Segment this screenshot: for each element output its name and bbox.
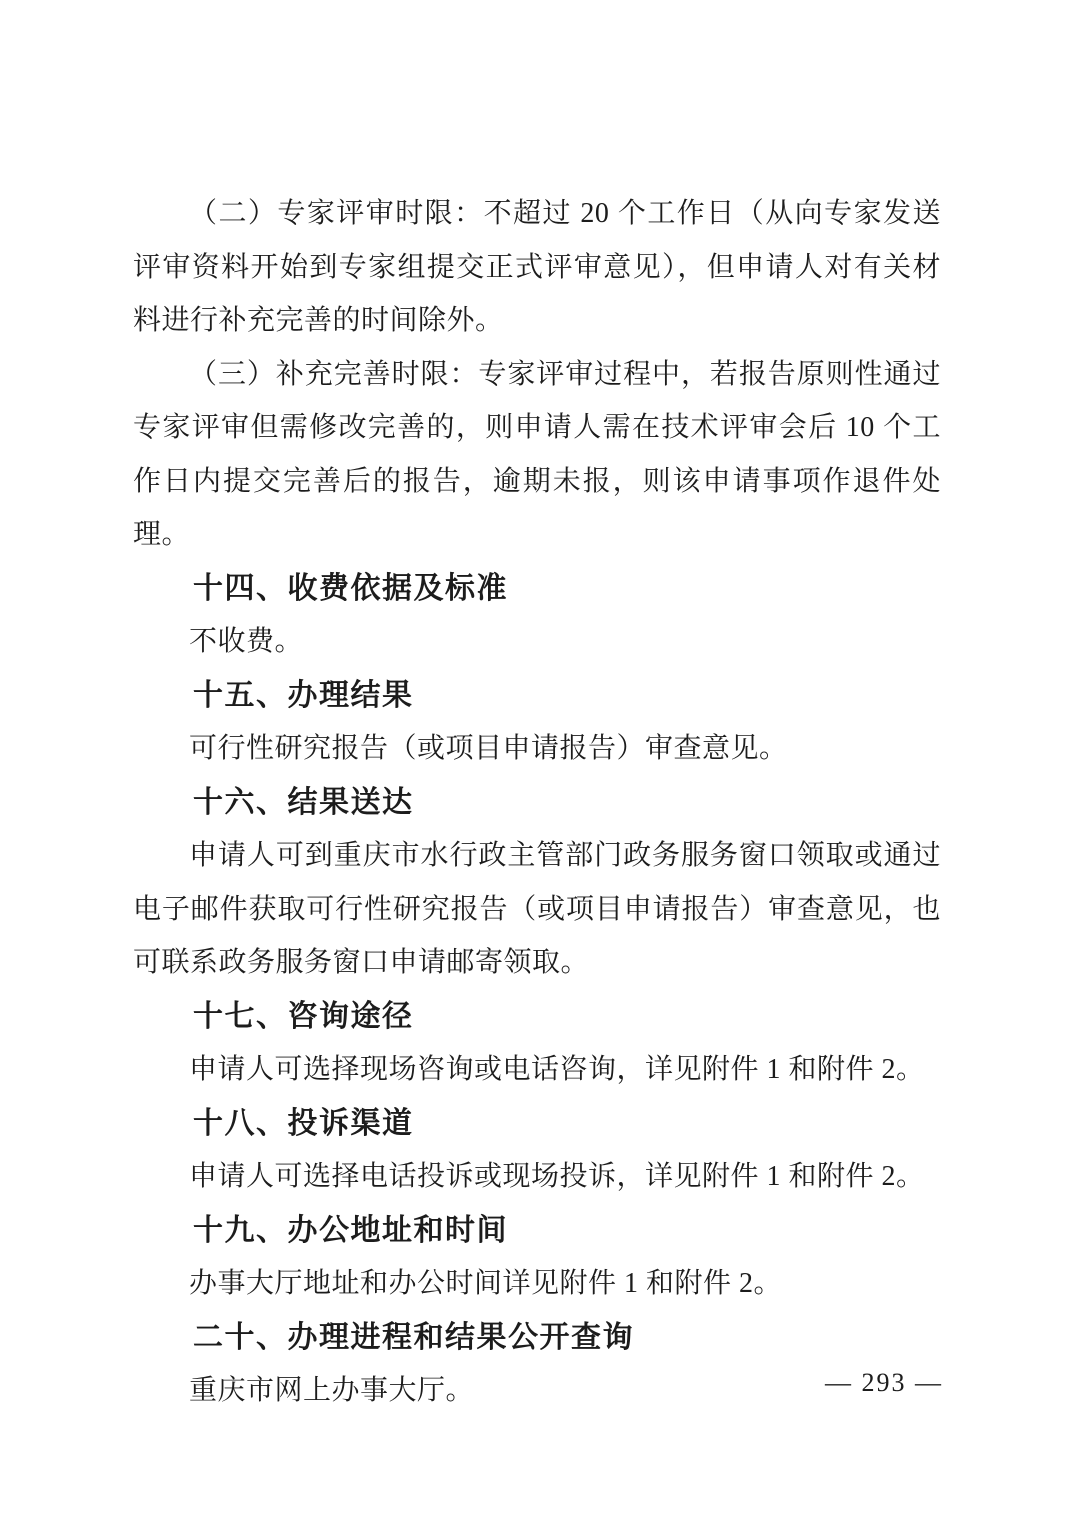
- section-heading: 十四、收费依据及标准: [133, 562, 941, 616]
- page-number: — 293 —: [825, 1368, 943, 1397]
- body-paragraph: （二）专家评审时限：不超过 20 个工作日（从向专家发送评审资料开始到专家组提交…: [133, 187, 941, 348]
- section-heading: 十七、咨询途径: [133, 990, 941, 1044]
- body-paragraph: 重庆市网上办事大厅。: [133, 1364, 941, 1418]
- section-heading: 十八、投诉渠道: [133, 1097, 941, 1151]
- section-heading: 十九、办公地址和时间: [133, 1204, 941, 1258]
- document-page: （二）专家评审时限：不超过 20 个工作日（从向专家发送评审资料开始到专家组提交…: [0, 0, 1074, 1520]
- body-paragraph: 可行性研究报告（或项目申请报告）审查意见。: [133, 722, 941, 776]
- section-heading: 十六、结果送达: [133, 776, 941, 830]
- section-heading: 二十、办理进程和结果公开查询: [133, 1311, 941, 1365]
- body-paragraph: 申请人可到重庆市水行政主管部门政务服务窗口领取或通过电子邮件获取可行性研究报告（…: [133, 829, 941, 990]
- document-body: （二）专家评审时限：不超过 20 个工作日（从向专家发送评审资料开始到专家组提交…: [133, 187, 941, 1418]
- body-paragraph: 申请人可选择电话投诉或现场投诉，详见附件 1 和附件 2。: [133, 1150, 941, 1204]
- body-paragraph: 申请人可选择现场咨询或电话咨询，详见附件 1 和附件 2。: [133, 1043, 941, 1097]
- body-paragraph: （三）补充完善时限：专家评审过程中，若报告原则性通过专家评审但需修改完善的，则申…: [133, 348, 941, 562]
- body-paragraph: 办事大厅地址和办公时间详见附件 1 和附件 2。: [133, 1257, 941, 1311]
- body-paragraph: 不收费。: [133, 615, 941, 669]
- section-heading: 十五、办理结果: [133, 669, 941, 723]
- page-footer: — 293 —: [825, 1368, 943, 1398]
